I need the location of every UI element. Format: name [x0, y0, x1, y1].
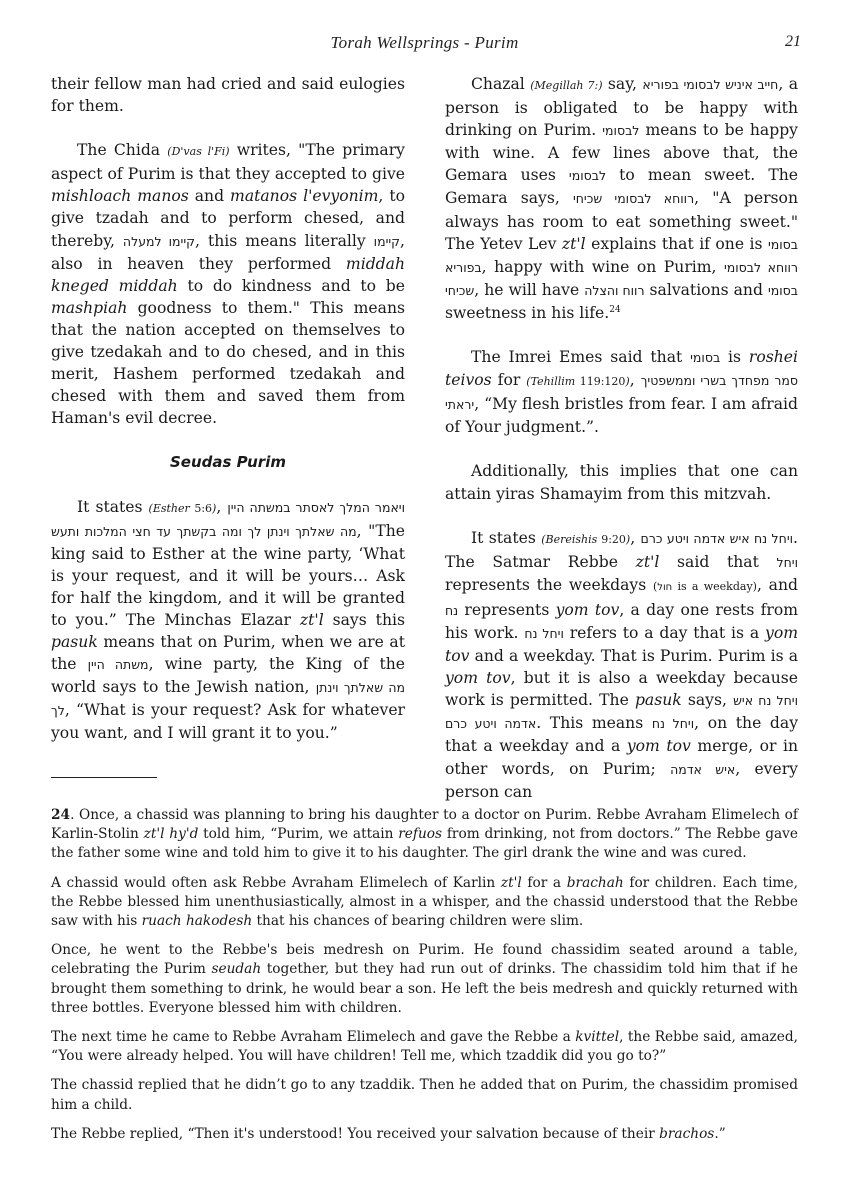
source-citation: (Bereishis 9:20) [541, 533, 630, 546]
footnotes: 24. Once, a chassid was planning to brin… [51, 806, 798, 1154]
book-title: Torah Wellsprings - Purim [0, 33, 849, 53]
footnote-reference[interactable]: 24 [609, 305, 620, 315]
paragraph-continuation: their fellow man had cried and said eulo… [51, 73, 405, 117]
footnote-24: 24. Once, a chassid was planning to brin… [51, 806, 798, 864]
hebrew-text: קיימו [374, 234, 400, 249]
footnote-number: 24 [51, 807, 70, 823]
footnote-paragraph: Once, he went to the Rebbe's beis medres… [51, 941, 798, 1018]
hebrew-quote: ויחל נח איש אדמה ויטע כרם [641, 531, 794, 546]
source-citation: (Tehillim 119:120) [526, 375, 629, 388]
paragraph-esther: It states (Esther 5:6), ויאמר המלך לאסתר… [51, 496, 405, 745]
paragraph-additionally: Additionally, this implies that one can … [445, 460, 798, 504]
right-column: Chazal (Megillah 7:) say, חייב איניש לבס… [445, 73, 798, 825]
hebrew-quote: חייב איניש לבסומי בפוריא [642, 77, 778, 92]
footnote-paragraph: The chassid replied that he didn’t go to… [51, 1076, 798, 1114]
left-column: their fellow man had cried and said eulo… [51, 73, 405, 767]
paragraph-imrei-emes: The Imrei Emes said that בסומי is roshei… [445, 346, 798, 438]
paragraph-chida: The Chida (D'vas l'Fi) writes, "The prim… [51, 139, 405, 429]
source-citation: (Esther 5:6) [149, 502, 217, 515]
source-citation: (D'vas l'Fi) [167, 145, 229, 158]
footnote-paragraph: The Rebbe replied, “Then it's understood… [51, 1125, 798, 1144]
hebrew-text: משתה היין [88, 657, 149, 672]
hebrew-text: קיימו למעלה [123, 234, 195, 249]
source-citation: (Megillah 7:) [530, 79, 602, 92]
footnote-divider [51, 777, 157, 778]
section-heading: Seudas Purim [51, 451, 405, 473]
footnote-paragraph: A chassid would often ask Rebbe Avraham … [51, 874, 798, 932]
running-header: Torah Wellsprings - Purim 21 [0, 33, 849, 57]
paragraph-chazal: Chazal (Megillah 7:) say, חייב איניש לבס… [445, 73, 798, 324]
footnote-paragraph: The next time he came to Rebbe Avraham E… [51, 1028, 798, 1066]
paragraph-bereishis: It states (Bereishis 9:20), ויחל נח איש … [445, 527, 798, 803]
page-number: 21 [785, 33, 801, 51]
